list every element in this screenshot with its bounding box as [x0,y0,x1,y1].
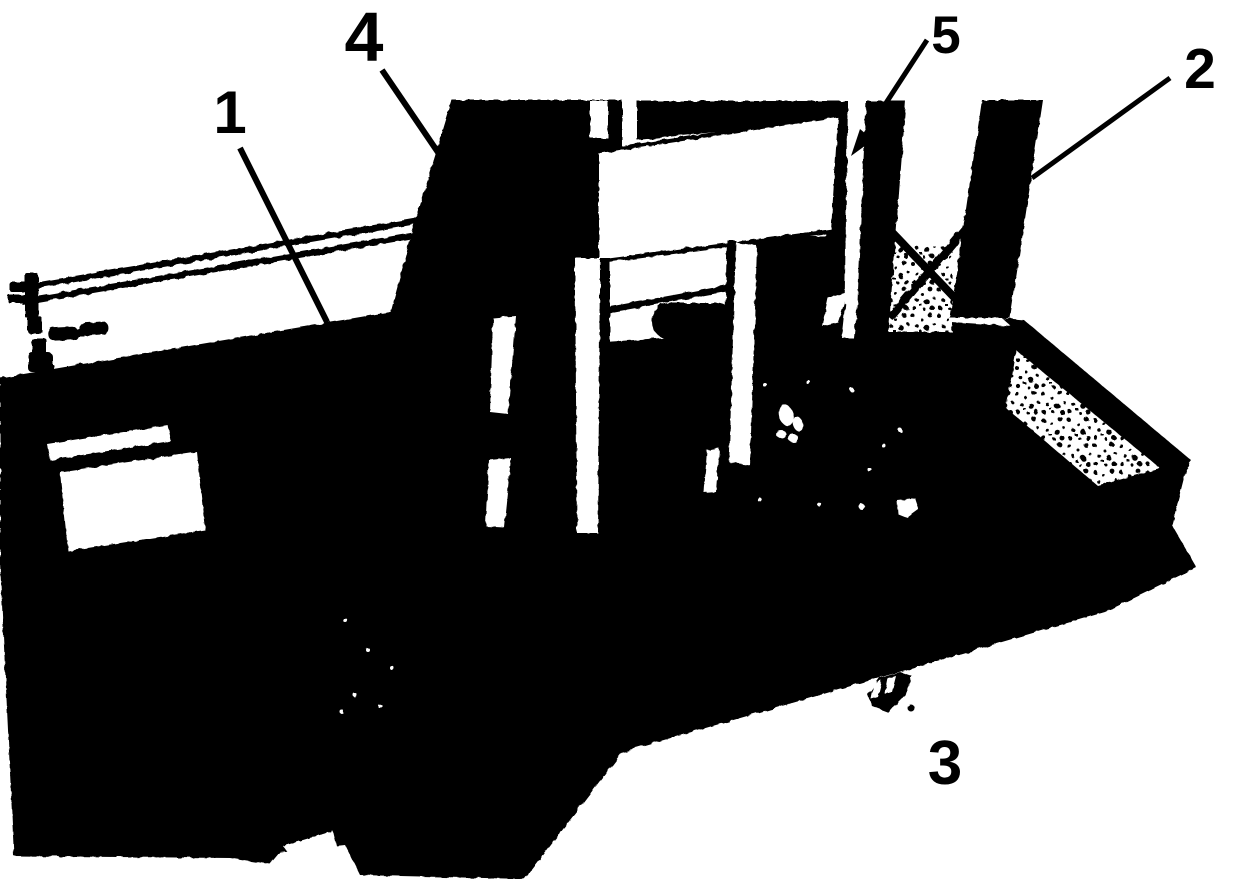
part-label-2: 2 [1184,37,1216,101]
actuator-cylinder [652,303,734,339]
part-label-1: 1 [213,79,246,146]
part-label-5: 5 [931,6,960,65]
pillar-edge-line [600,258,610,354]
front-pillar [575,258,600,533]
part-label-4: 4 [345,0,384,76]
head-column-slit [590,101,608,138]
apparatus-drawing: 1 4 5 2 3 [0,0,1240,879]
patent-figure: 1 4 5 2 3 [0,0,1240,879]
part-label-3: 3 [928,729,962,798]
